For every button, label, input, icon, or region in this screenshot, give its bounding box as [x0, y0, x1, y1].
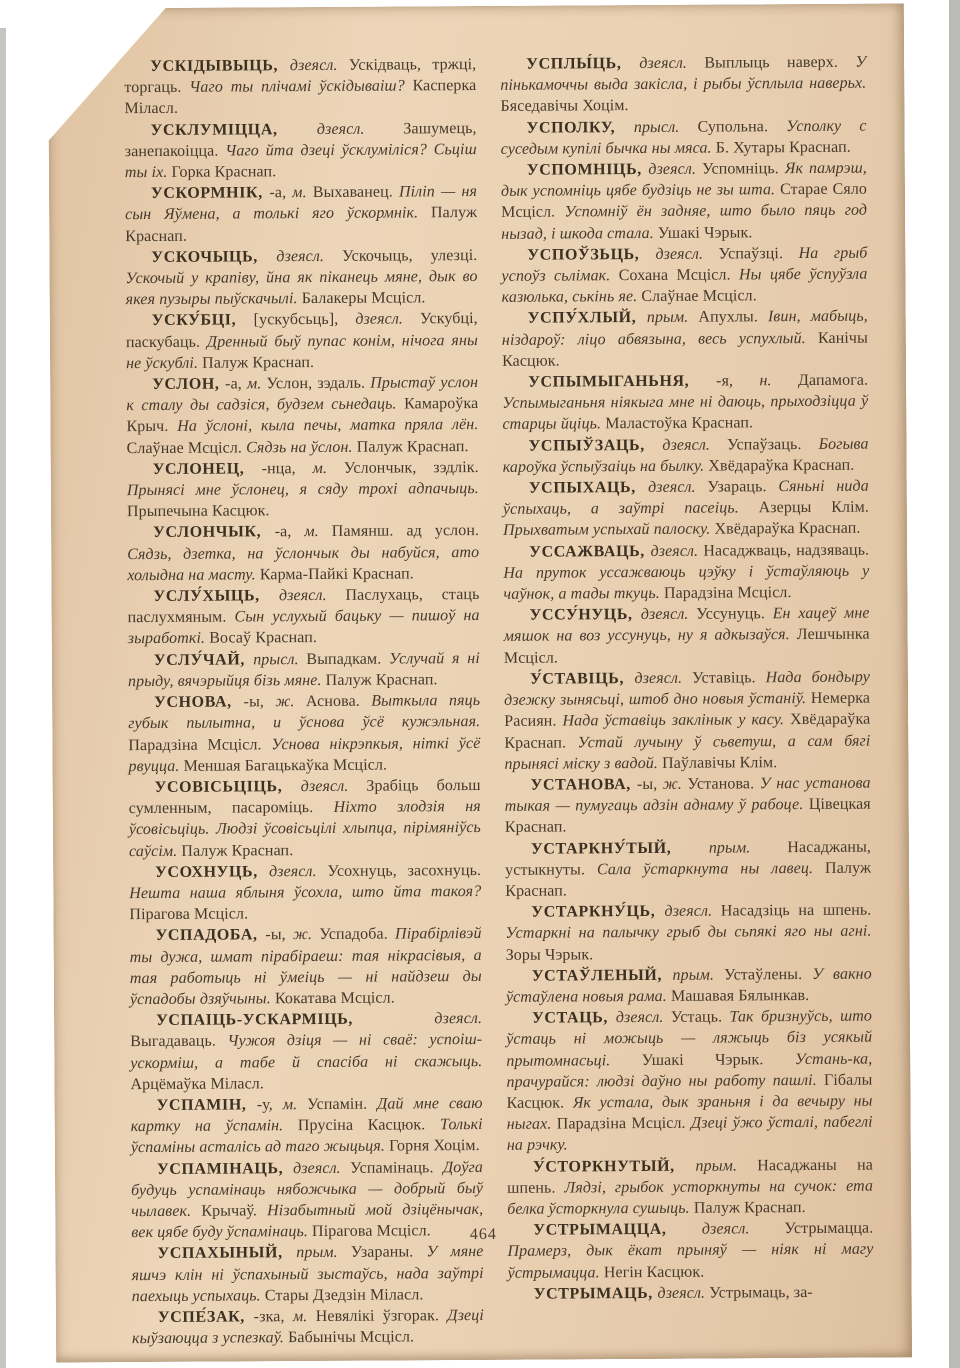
definition-text: Машавая Бялынкав.	[671, 987, 809, 1005]
definition-text: Устрымаць, за-	[709, 1284, 813, 1302]
headword: УСПОЛКУ,	[527, 119, 634, 137]
example-text: прым.	[709, 839, 788, 856]
headword: УСПОМНІЦЬ,	[527, 161, 649, 179]
dictionary-entry: УСНОВА, -ы, ж. Аснова. Выткыла пяць губы…	[128, 690, 481, 777]
headword: У́СТОРКНУТЫЙ,	[533, 1157, 696, 1175]
headword: УСОХНУЦЬ,	[155, 863, 269, 881]
definition-text: [ускубсьць],	[254, 311, 356, 329]
dictionary-entry: УСПЫМЫГАНЬНЯ, -я, н. Дапамога. Успымыган…	[502, 370, 868, 436]
example-text: прым.	[672, 966, 724, 983]
definition-text: Горка Краснап.	[171, 163, 276, 181]
definition-text: Узараць.	[707, 478, 778, 495]
scanned-page-background: УСКІДЫВЫЦЬ, дзеясл. Ускідваць, тржці, то…	[0, 0, 960, 1368]
definition-text: -а,	[225, 375, 247, 392]
definition-text: Меншая Багацькаўка Мсцісл.	[183, 756, 387, 774]
headword: УСТАРКНУ́ТЫЙ,	[531, 839, 709, 857]
definition-text: Ускочыць, улезці.	[342, 247, 477, 265]
headword: УСЛУ́ЧАЙ,	[154, 651, 253, 669]
example-text: прым.	[296, 1244, 351, 1261]
book-page: УСКІДЫВЫЦЬ, дзеясл. Ускідваць, тржці, то…	[48, 3, 912, 1362]
headword: УСТАЦЬ,	[532, 1009, 616, 1027]
dictionary-entry: УСПОМНІЦЬ, дзеясл. Успомніць. Як памрэш,…	[501, 158, 868, 245]
headword: УСТАРКНУ́ЦЬ,	[531, 903, 664, 921]
example-text: м.	[313, 460, 344, 477]
definition-text: Палуж Краснап.	[326, 671, 438, 689]
example-text: дзеясл.	[293, 1159, 350, 1176]
dictionary-entry: УСПЕ́ЗАК, -зка, м. Невялікі ўзгорак. Дзе…	[132, 1305, 484, 1350]
definition-text: Палуж Краснап.	[357, 438, 469, 456]
definition-text: Выхаванец.	[313, 184, 399, 202]
definition-text: Пірагова Мсцісл.	[129, 906, 248, 924]
example-text: дзеясл.	[355, 311, 420, 328]
dictionary-entry: УСПЛЫ́ЦЬ, дзеясл. Выплыць наверх. У пінь…	[500, 52, 866, 118]
example-text: ж.	[663, 776, 688, 793]
example-text: м.	[247, 375, 267, 392]
definition-text: Выплыць наверх.	[704, 54, 855, 72]
example-text: м.	[292, 184, 313, 201]
headword: УСПОЎЗЬЦЬ,	[527, 246, 655, 264]
example-text: Устаркні на палычку грыб ды сьпякі яго н…	[505, 923, 871, 942]
example-text: дзеясл.	[648, 161, 702, 178]
example-text: дзеясл.	[664, 903, 720, 920]
example-text: Чаго ты плічамі ўскідываіш?	[189, 78, 412, 96]
headword: УСПУ́ХЛЫЙ,	[528, 309, 647, 327]
definition-text: Бяседавічы Хоцім.	[500, 97, 628, 115]
dictionary-entry: УСПАДОБА, -ы, ж. Успадоба. Пірабірлівэй …	[129, 923, 482, 1010]
headword: УСТРЫМАЦЬ,	[534, 1285, 658, 1303]
definition-text: -а,	[275, 524, 305, 541]
headword: УСНОВА,	[154, 694, 244, 712]
definition-text: Негін Касцюк.	[604, 1263, 705, 1281]
example-text: Нада ўставіць заклінык у касу.	[562, 711, 790, 729]
example-text: Прыхватым успыхай палоску.	[503, 521, 715, 539]
headword: УССАЖВАЦЬ,	[529, 543, 650, 561]
scan-right-edge	[949, 0, 960, 1368]
dictionary-entry: УСПЫХАЦЬ, дзеясл. Узараць. Сяньні нида ў…	[503, 476, 869, 542]
dictionary-entry: У́СТОРКНУТЫЙ, прым. Насаджаны на шпень. …	[507, 1154, 873, 1220]
definition-text: Успомніць.	[702, 160, 785, 178]
dictionary-entry: УСПАІЦЬ-УСКАРМІЦЬ, дзеясл. Выгадаваць. Ч…	[130, 1008, 483, 1095]
definition-text: Уставіць.	[692, 669, 766, 686]
definition-text: Арцёмаўка Міласл.	[130, 1075, 264, 1093]
example-text: дзеясл.	[650, 542, 703, 559]
definition-text: Прыпечына Касцюк.	[127, 503, 270, 521]
definition-text: Дапамога.	[798, 372, 868, 389]
dictionary-entry: УСКІДЫВЫЦЬ, дзеясл. Ускідваць, тржці, то…	[124, 54, 476, 120]
definition-text: Памянш. ад услон.	[332, 522, 479, 540]
definition-text: Насаджваць, надзяваць.	[703, 541, 869, 559]
definition-text: Успаўзці.	[719, 245, 799, 262]
definition-text: Слаўнае Мсцісл.	[641, 288, 757, 306]
dictionary-entry: УСПЫЎЗАЦЬ, дзеясл. Успаўзаць. Богыва кар…	[502, 433, 868, 478]
dictionary-entry: УСОХНУЦЬ, дзеясл. Усохнуць, засохнуць. Н…	[129, 860, 481, 926]
example-text: н.	[759, 372, 798, 389]
text-column-right: УСПЛЫ́ЦЬ, дзеясл. Выплыць наверх. У пінь…	[500, 52, 874, 1305]
headword: УСЛОН,	[152, 376, 225, 393]
example-text: прым.	[647, 309, 699, 326]
dictionary-entry: УСПАХЫНЫЙ, прым. Узараны. У мяне яшчэ кл…	[131, 1241, 483, 1307]
headword: У́СТАВІЦЬ,	[530, 670, 635, 688]
headword: УСТАЎЛЕНЫЙ,	[532, 967, 673, 985]
headword: УСПЕ́ЗАК,	[158, 1308, 254, 1326]
dictionary-entry: УСКЛУМІЦЦА, дзеясл. Зашумець, занепакоіц…	[125, 118, 477, 184]
definition-text: -я,	[716, 372, 759, 389]
headword: УСПАІЦЬ-УСКАРМІЦЬ,	[156, 1010, 434, 1029]
definition-text: Супольна.	[697, 118, 786, 136]
definition-text: Успамінаць.	[350, 1159, 443, 1177]
headword: УСКЛУМІЦЦА,	[151, 121, 317, 139]
definition-text: Парадзіна Мсцісл.	[664, 584, 792, 602]
definition-text: Насадзіць на шпень.	[721, 902, 872, 920]
definition-text: Б. Хутары Краснап.	[716, 139, 851, 157]
dictionary-entry: УСКОЧЫЦЬ, дзеясл. Ускочыць, улезці. Уско…	[125, 245, 477, 311]
dictionary-entry: УСЛОНЕЦ, -нца, м. Услончык, зэдлік. Прын…	[127, 457, 479, 523]
definition-text: Ушакі Чэрык.	[642, 1051, 795, 1069]
definition-text: Выпадкам.	[306, 650, 389, 668]
definition-text: -нца,	[262, 460, 313, 477]
headword: УССУ́НУЦЬ,	[530, 606, 641, 624]
definition-text: Зоры Чэрык.	[506, 946, 594, 964]
definition-text: Хвёдараўка Краснап.	[708, 457, 854, 475]
definition-text: -а,	[269, 184, 292, 201]
dictionary-entry: УСПАМІН, -у, м. Успамін. Дай мне сваю ка…	[131, 1093, 483, 1159]
example-text: дзеясл.	[434, 1010, 482, 1027]
example-text: дзеясл.	[279, 587, 346, 604]
dictionary-entry: УСКОРМНІК, -а, м. Выхаванец. Піліп — ня …	[125, 181, 477, 247]
example-text: Сядзь на ўслон.	[246, 438, 357, 456]
example-text: дзеясл.	[269, 863, 327, 880]
dictionary-entry: УСОВІСЬЦІЦЬ, дзеясл. Зрабіць больш сумле…	[129, 775, 482, 862]
definition-text: Успаўзаць.	[727, 436, 819, 454]
dictionary-entry: УСЛОНЧЫК, -а, м. Памянш. ад услон. Сядзь…	[127, 520, 479, 586]
dictionary-entry: УСЛУ́ЧАЙ, прысл. Выпадкам. Услучай я ні …	[128, 648, 480, 693]
headword: УСКОРМНІК,	[151, 184, 270, 202]
dictionary-entry: УСКУ́БЦІ, [ускубсьць], дзеясл. Ускубці, …	[126, 308, 478, 374]
definition-text: Устаўлены.	[724, 966, 812, 984]
definition-text: Аснова.	[306, 693, 371, 710]
example-text: ж.	[275, 693, 306, 710]
headword: УСПАМІН,	[157, 1096, 257, 1114]
definition-text: Успадоба.	[319, 926, 395, 943]
example-text: прым.	[695, 1157, 757, 1174]
definition-text: Азерцы Клім.	[759, 499, 869, 517]
dictionary-entry: УССАЖВАЦЬ, дзеясл. Насаджваць, надзяваць…	[503, 539, 869, 605]
definition-text: Восаў Краснап.	[209, 629, 317, 647]
example-text: прысл.	[634, 118, 698, 135]
definition-text: Уссунуць.	[696, 605, 773, 622]
definition-text: Устаць.	[671, 1009, 730, 1026]
definition-text: Парадзіна Мсцісл.	[128, 736, 271, 754]
dictionary-entry: УСТАНОВА, -ы, ж. Установа. У нас установ…	[505, 773, 871, 839]
dictionary-entry: УСТАРКНУ́ЦЬ, дзеясл. Насадзіць на шпень.…	[505, 900, 871, 966]
headword: УСЛОНЕЦ,	[153, 460, 262, 478]
example-text: Сала ўстаркнута ны лавец.	[597, 860, 825, 878]
definition-text: Апухлы.	[698, 309, 768, 326]
definition-text: Кокатава Мсцісл.	[275, 989, 395, 1007]
example-text: дзеясл.	[655, 245, 718, 262]
dictionary-entry: УСЛОН, -а, м. Услон, зэдаль. Прыстаў усл…	[126, 372, 479, 459]
definition-text: Установа.	[687, 775, 759, 792]
definition-text: Выгадаваць.	[130, 1033, 227, 1051]
definition-text: Невялікі ўзгорак.	[316, 1307, 448, 1325]
example-text: ж.	[293, 926, 319, 943]
definition-text: Узараны.	[351, 1244, 427, 1261]
example-text: дзеясл.	[276, 248, 342, 265]
example-text: дзеясл.	[641, 606, 696, 623]
definition-text: -ы,	[265, 926, 293, 943]
dictionary-entry: У́СТАВІЦЬ, дзеясл. Уставіць. Нада бондыр…	[504, 667, 871, 775]
example-text: дзеясл.	[634, 670, 692, 687]
definition-text: -зка,	[254, 1308, 293, 1325]
dictionary-entry: УСЛУ́ХЫЦЬ, дзеясл. Паслухаць, стаць пасл…	[127, 584, 479, 650]
headword: УСПАДОБА,	[155, 927, 265, 945]
definition-text: Сохана Мсцісл.	[619, 266, 739, 284]
definition-text: Успамін.	[307, 1096, 377, 1113]
headword: УСПАМІНАЦЬ,	[157, 1160, 293, 1178]
example-text: дзеясл.	[648, 479, 708, 496]
example-text: дзеясл.	[290, 57, 349, 74]
dictionary-entry: УСПОЎЗЬЦЬ, дзеясл. Успаўзці. На грыб усп…	[501, 242, 867, 308]
example-text: м.	[304, 523, 331, 540]
example-text: дзеясл.	[639, 55, 704, 72]
headword: УСПЫХАЦЬ,	[529, 479, 648, 497]
dictionary-entry: УСТАЦЬ, дзеясл. Устаць. Так бризнуўсь, ш…	[506, 1006, 873, 1157]
headword: УСЛУ́ХЫЦЬ,	[153, 587, 279, 605]
example-text: На ўслоні, кыла печы, матка пряла лён.	[177, 416, 478, 435]
headword: УСОВІСЬЦІЦЬ,	[155, 778, 301, 796]
headword: УСПАХЫНЫЙ,	[157, 1245, 296, 1263]
headword: УСКУ́БЦІ,	[152, 312, 254, 330]
scan-left-edge	[0, 28, 6, 1368]
headword: УСПЫМЫГАНЬНЯ,	[528, 373, 716, 391]
dictionary-entry: УСТРЫМАЦЬ, дзеясл. Устрымаць, за-	[508, 1281, 874, 1304]
definition-text: Прусіна Касцюк.	[298, 1116, 440, 1134]
definition-text: -ы,	[637, 776, 663, 793]
definition-text: Палуж Краснап.	[694, 1199, 806, 1217]
definition-text: Стары Дзедзін Міласл.	[265, 1286, 424, 1304]
example-text: м.	[293, 1308, 316, 1325]
definition-text: Крычаў.	[201, 1202, 267, 1219]
headword: УСПЛЫ́ЦЬ,	[526, 55, 639, 73]
definition-text: Усохнуць, засохнуць.	[327, 862, 481, 880]
definition-text: Палуж Краснап.	[181, 842, 293, 860]
dictionary-entry: УСПОЛКУ, прысл. Супольна. Усполку с сусе…	[501, 115, 867, 160]
headword: УСЛОНЧЫК,	[153, 524, 275, 542]
definition-text: Маластоўка Краснап.	[605, 415, 753, 433]
dictionary-entry: УСТАЎЛЕНЫЙ, прым. Устаўлены. У вакно ўст…	[506, 963, 872, 1008]
dictionary-entry: УССУ́НУЦЬ, дзеясл. Уссунуць. Ен хацеў мн…	[504, 603, 870, 669]
headword: УСТАНОВА,	[531, 776, 637, 794]
definition-text: Слаўнае Мсцісл.	[127, 439, 247, 457]
definition-text: Палуж Краснап.	[202, 354, 314, 372]
definition-text: Ушакі Чэрык.	[658, 224, 753, 242]
example-text: дзеясл.	[301, 778, 367, 795]
dictionary-entry: УСТАРКНУ́ТЫЙ, прым. Насаджаны, устыкнуты…	[505, 836, 871, 902]
text-column-left: УСКІДЫВЫЦЬ, дзеясл. Ускідваць, тржці, то…	[124, 54, 484, 1350]
dictionary-entry: УСПУ́ХЛЫЙ, прым. Апухлы. Івин, мабыць, н…	[502, 306, 868, 372]
definition-text: -ы,	[244, 693, 276, 710]
example-text: дзеясл.	[657, 1284, 709, 1301]
example-text: дзеясл.	[616, 1009, 671, 1026]
example-text: Нешта наша яблыня ўсохла, што йта такоя?	[129, 883, 481, 902]
definition-text: Паўлавічы Клім.	[662, 754, 777, 772]
example-text: дзеясл.	[317, 120, 404, 138]
definition-text: Услончык, зэдлік.	[344, 459, 479, 477]
example-text: дзеясл.	[662, 436, 727, 453]
definition-text: Балакеры Мсцісл.	[302, 290, 426, 308]
headword: УСКОЧЫЦЬ,	[151, 248, 276, 266]
definition-text: -у,	[257, 1096, 283, 1113]
definition-text: Хвёдараўка Краснап.	[714, 520, 860, 538]
definition-text: Горня Хоцім.	[389, 1137, 480, 1155]
definition-text: Карма-Пайкі Краснап.	[260, 565, 414, 583]
definition-text: Бабынічы Мсцісл.	[288, 1329, 414, 1347]
example-text: м.	[283, 1096, 307, 1113]
headword: УСКІДЫВЫЦЬ,	[150, 57, 290, 75]
example-text: прысл.	[253, 651, 306, 668]
example-text: Прынясі мне ўслонец, я сяду трохі адпачы…	[127, 480, 479, 499]
definition-text: Парадзіна Мсцісл.	[557, 1115, 691, 1133]
definition-text: Услон, зэдаль.	[266, 375, 370, 393]
headword: УСПЫЎЗАЦЬ,	[529, 437, 663, 455]
